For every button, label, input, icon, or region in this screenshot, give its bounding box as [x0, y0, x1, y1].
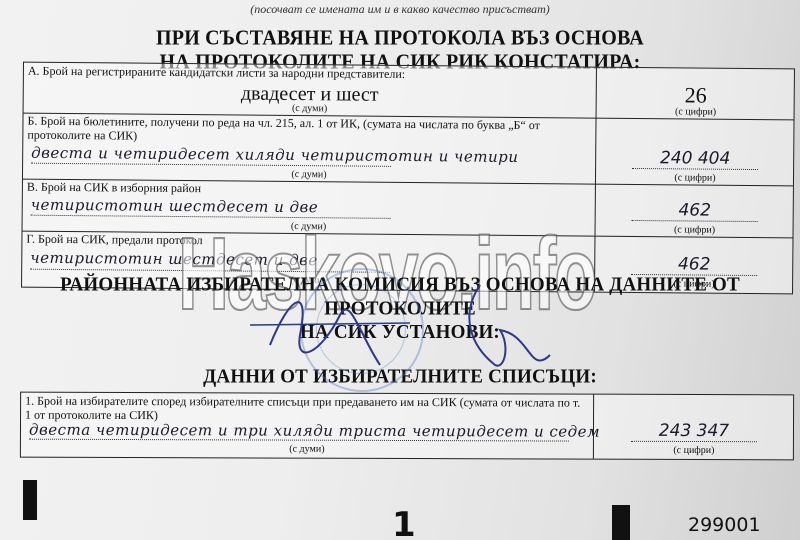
voter-count-digits-caption: (с цифри) [595, 445, 793, 457]
voter-lists-table: 1. Брой на избирателите според избирател… [20, 392, 794, 461]
voter-count-digits-line [631, 441, 758, 442]
protocol-heading-line-1: ПРИ СЪСТАВЯНЕ НА ПРОТОКОЛА ВЪЗ ОСНОВА [0, 26, 800, 50]
voter-count-label: 1. Брой на избирателите според избирател… [25, 394, 589, 424]
alignment-marker-right [612, 505, 630, 540]
row-a-digits-caption: (с цифри) [598, 106, 794, 119]
row-g-digits: 462 [596, 254, 792, 276]
voter-count-words: двеста четиридесет и три хиляди триста ч… [29, 421, 600, 441]
row-b: Б. Брой на бюлетините, получени по реда … [23, 113, 794, 187]
row-v-words: четиристотин шестдесет и две [31, 196, 319, 217]
row-v-digits-caption: (с цифри) [597, 224, 793, 237]
row-a: А. Брой на регистрираните кандидатски ли… [24, 63, 794, 121]
row-b-label: Б. Брой на бюлетините, получени по реда … [27, 114, 591, 147]
attendees-note: (посочват се имената им и в какво качест… [0, 2, 800, 17]
row-voter-count: 1. Брой на избирателите според избирател… [21, 393, 793, 460]
row-b-digits-line [632, 168, 757, 170]
row-a-label: А. Брой на регистрираните кандидатски ли… [28, 64, 592, 83]
serial-number: 299001 [688, 516, 761, 535]
voter-count-digits: 243 347 [595, 421, 793, 442]
row-v-digits: 462 [597, 200, 793, 222]
signature-mark [230, 275, 560, 385]
row-v-digits-line [632, 220, 757, 222]
voter-count-words-caption: (с думи) [21, 443, 593, 456]
row-b-digits: 240 404 [597, 148, 793, 170]
page-number: 1 [392, 508, 416, 540]
alignment-marker-left [23, 480, 37, 520]
row-b-digits-caption: (с цифри) [597, 172, 793, 185]
